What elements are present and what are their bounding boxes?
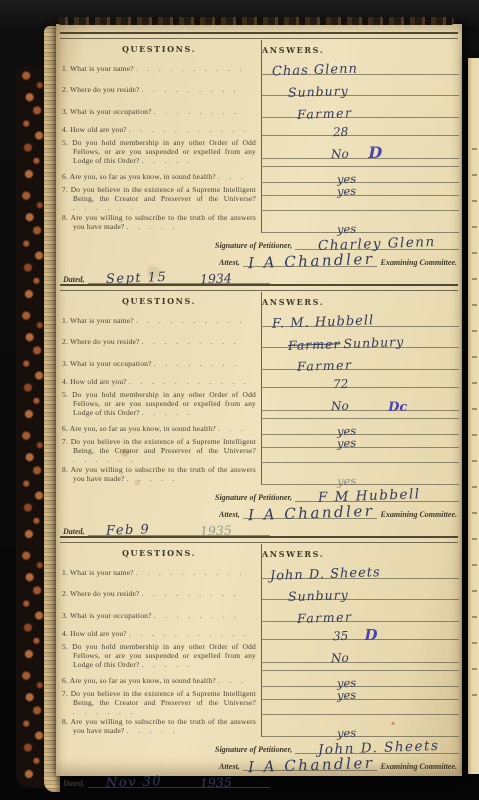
question-number: 6. <box>62 172 68 181</box>
attest-row: Attest, I A Chandler Examining Committee… <box>59 754 459 771</box>
question-number: 7. <box>62 437 68 446</box>
answer-line-reside: FarmerSunbury <box>261 327 459 348</box>
question-number: 4. <box>62 125 68 134</box>
dated-year: 1935 <box>200 524 232 538</box>
dotted-leader: . . . . . . . . <box>154 107 237 116</box>
dotted-leader: . . . . . . . . <box>154 359 237 368</box>
dotted-leader: . . . . . . . . . . . <box>129 377 247 386</box>
petition-form-1: QUESTIONS. ANSWERS. 1. What is your name… <box>59 32 459 284</box>
form-header-row: QUESTIONS. ANSWERS. <box>59 40 459 55</box>
question-row-supreme-being: 7. Do you believe in the existence of a … <box>59 183 459 211</box>
answer-line-membership: No <box>261 640 459 671</box>
signature-line: Charley Glenn <box>295 239 459 250</box>
question-row-occupation: 3. What is your occupation? . . . . . . … <box>59 96 459 118</box>
dotted-leader: . . . . . . . . . . <box>136 568 242 577</box>
question-text: Do you believe in the existence of a Sup… <box>71 437 256 455</box>
facing-page-text-fragments <box>472 148 477 714</box>
question-row-truth: 8. Are you willing to subscribe to the t… <box>59 463 459 485</box>
signature-label: Signature of Petitioner, <box>215 494 292 502</box>
question-number: 7. <box>62 185 68 194</box>
question-number: 8. <box>62 213 68 222</box>
dated-day: Sept 15 <box>106 271 168 286</box>
question-number: 8. <box>62 717 68 726</box>
question-row-age: 4. How old are you? . . . . . . . . . . … <box>59 118 459 136</box>
handwritten-answer-membership: No <box>331 651 349 664</box>
form-header-row: QUESTIONS. ANSWERS. <box>59 544 459 559</box>
answer-line-membership: NoDc <box>261 388 459 419</box>
question-text: Do you believe in the existence of a Sup… <box>71 185 256 203</box>
question-row-reside: 2. Where do you reside? . . . . . . . . … <box>59 579 459 600</box>
question-number: 1. <box>62 568 68 577</box>
question-row-membership: 5. Do you hold membership in any other O… <box>59 388 459 419</box>
dotted-leader: . . . . . . . . <box>154 611 237 620</box>
dotted-leader: . . . . . . . . . . <box>136 316 242 325</box>
attest-row: Attest, I A Chandler Examining Committee… <box>59 250 459 267</box>
answer-line-membership: NoD <box>261 136 459 167</box>
question-text: Where do you reside? <box>70 85 140 94</box>
answer-line-reside: Sunbury <box>261 75 459 96</box>
dated-line: Nov 301935 <box>88 777 270 788</box>
question-text: What is your occupation? <box>70 359 152 368</box>
question-text: How old are you? <box>70 377 127 386</box>
dated-year: 1934 <box>200 272 232 286</box>
question-row-health: 6. Are you, so far as you know, in sound… <box>59 671 459 687</box>
attest-label: Attest, <box>219 511 240 519</box>
question-number: 3. <box>62 611 68 620</box>
answer-line-name: John D. Sheets <box>261 559 459 579</box>
question-text: What is your occupation? <box>70 611 152 620</box>
question-row-age: 4. How old are you? . . . . . . . . . . … <box>59 370 459 388</box>
question-row-supreme-being: 7. Do you believe in the existence of a … <box>59 687 459 715</box>
signature-row: Signature of Petitioner, Charley Glenn <box>59 233 459 250</box>
question-row-reside: 2. Where do you reside? . . . . . . . . … <box>59 327 459 348</box>
question-number: 8. <box>62 465 68 474</box>
photo-background: QUESTIONS. ANSWERS. 1. What is your name… <box>0 0 479 800</box>
question-number: 5. <box>62 390 68 399</box>
question-text: Are you, so far as you know, in sound he… <box>70 676 216 685</box>
form-header-row: QUESTIONS. ANSWERS. <box>59 292 459 307</box>
questions-header: QUESTIONS. <box>59 292 261 307</box>
question-row-name: 1. What is your name? . . . . . . . . . … <box>59 307 459 327</box>
question-row-health: 6. Are you, so far as you know, in sound… <box>59 167 459 183</box>
form-top-rule <box>60 32 458 39</box>
question-row-age: 4. How old are you? . . . . . . . . . . … <box>59 622 459 640</box>
examining-committee-label: Examining Committee. <box>381 763 457 771</box>
dotted-leader: . . . . . . . . . . . <box>129 125 247 134</box>
attest-label: Attest, <box>219 763 240 771</box>
handwritten-answer-membership: No <box>331 399 349 412</box>
answers-header: ANSWERS. <box>261 292 459 307</box>
question-number: 4. <box>62 629 68 638</box>
answer-line-health: yes <box>261 419 459 435</box>
answer-line-age: 72 <box>261 370 459 388</box>
answers-header: ANSWERS. <box>261 40 459 55</box>
handwritten-answer-supreme-being: yes <box>337 689 357 701</box>
question-text: What is your occupation? <box>70 107 152 116</box>
handwritten-answer-supreme-being: yes <box>337 437 357 449</box>
dated-day: Nov 30 <box>106 775 163 790</box>
dotted-leader: . . . . . <box>142 156 191 165</box>
question-text: Are you, so far as you know, in sound he… <box>70 424 216 433</box>
dated-label: Dated, <box>63 528 85 536</box>
ledger-page: QUESTIONS. ANSWERS. 1. What is your name… <box>56 24 462 776</box>
question-text: Where do you reside? <box>70 589 140 598</box>
question-row-truth: 8. Are you willing to subscribe to the t… <box>59 211 459 233</box>
question-row-membership: 5. Do you hold membership in any other O… <box>59 136 459 167</box>
question-number: 4. <box>62 377 68 386</box>
answer-line-age: 35D <box>261 622 459 640</box>
dated-label: Dated, <box>63 780 85 788</box>
question-number: 2. <box>62 85 68 94</box>
dotted-leader: . . . <box>218 676 244 685</box>
question-number: 7. <box>62 689 68 698</box>
blue-ink-membership-mark: D <box>368 145 382 161</box>
attest-line: I A Chandler <box>243 760 377 771</box>
signature-row: Signature of Petitioner, F M Hubbell <box>59 485 459 502</box>
examining-committee-label: Examining Committee. <box>381 511 457 519</box>
answer-line-name: F. M. Hubbell <box>261 307 459 327</box>
signature-row: Signature of Petitioner, John D. Sheets <box>59 737 459 754</box>
question-number: 5. <box>62 138 68 147</box>
attest-signature: I A Chandler <box>248 504 375 523</box>
dotted-leader: . . . . . <box>142 660 191 669</box>
question-text: Do you believe in the existence of a Sup… <box>71 689 256 707</box>
question-row-name: 1. What is your name? . . . . . . . . . … <box>59 55 459 75</box>
dotted-leader: . . . . . . . . . <box>142 85 237 94</box>
answer-line-occupation: Farmer <box>261 96 459 118</box>
answers-header: ANSWERS. <box>261 544 459 559</box>
question-number: 2. <box>62 589 68 598</box>
dated-year: 1935 <box>200 776 232 790</box>
handwritten-answer-membership: No <box>331 147 349 160</box>
handwritten-answer-supreme-being: yes <box>337 185 357 197</box>
handwritten-answer-truth: yes <box>337 223 357 235</box>
signature-line: John D. Sheets <box>295 743 459 754</box>
blue-ink-membership-mark: Dc <box>388 401 407 414</box>
question-number: 6. <box>62 424 68 433</box>
answer-line-health: yes <box>261 167 459 183</box>
dated-line: Feb 91935 <box>88 525 270 536</box>
question-text: Where do you reside? <box>70 337 140 346</box>
attest-signature: I A Chandler <box>248 756 375 775</box>
question-row-truth: 8. Are you willing to subscribe to the t… <box>59 715 459 737</box>
attest-label: Attest, <box>219 259 240 267</box>
answer-line-age: 28 <box>261 118 459 136</box>
attest-signature: I A Chandler <box>248 252 375 271</box>
facing-page-sliver <box>468 58 479 774</box>
answer-line-occupation: Farmer <box>261 600 459 622</box>
question-number: 3. <box>62 359 68 368</box>
signature-line: F M Hubbell <box>295 491 459 502</box>
signature-label: Signature of Petitioner, <box>215 746 292 754</box>
examining-committee-label: Examining Committee. <box>381 259 457 267</box>
answer-line-truth: yes <box>261 211 459 233</box>
question-row-name: 1. What is your name? . . . . . . . . . … <box>59 559 459 579</box>
question-number: 5. <box>62 642 68 651</box>
dated-line: Sept 151934 <box>88 273 270 284</box>
question-row-reside: 2. Where do you reside? . . . . . . . . … <box>59 75 459 96</box>
questions-header: QUESTIONS. <box>59 40 261 55</box>
answer-line-health: yes <box>261 671 459 687</box>
dotted-leader: . . . . . . . . . . <box>136 64 242 73</box>
dotted-leader: . . . . . <box>127 474 176 483</box>
dated-day: Feb 9 <box>106 523 151 538</box>
petition-form-2: QUESTIONS. ANSWERS. 1. What is your name… <box>59 284 459 536</box>
answer-line-truth: yes <box>261 715 459 737</box>
question-row-membership: 5. Do you hold membership in any other O… <box>59 640 459 671</box>
dotted-leader: . . . . . . . . . . . <box>129 629 247 638</box>
question-text: What is your name? <box>70 568 134 577</box>
question-row-health: 6. Are you, so far as you know, in sound… <box>59 419 459 435</box>
question-number: 1. <box>62 64 68 73</box>
question-text: How old are you? <box>70 125 127 134</box>
question-row-supreme-being: 7. Do you believe in the existence of a … <box>59 435 459 463</box>
answer-line-truth: yes <box>261 463 459 485</box>
attest-line: I A Chandler <box>243 256 377 267</box>
question-row-occupation: 3. What is your occupation? . . . . . . … <box>59 348 459 370</box>
dotted-leader: . . . <box>218 172 244 181</box>
petition-forms: QUESTIONS. ANSWERS. 1. What is your name… <box>59 32 459 788</box>
answer-line-occupation: Farmer <box>261 348 459 370</box>
question-number: 1. <box>62 316 68 325</box>
answer-line-supreme-being: yes <box>261 435 459 463</box>
dotted-leader: . . . . . <box>127 222 176 231</box>
dotted-leader: . . . . . . . . . <box>142 589 237 598</box>
dated-label: Dated, <box>63 276 85 284</box>
dotted-leader: . . . <box>218 424 244 433</box>
question-text: How old are you? <box>70 629 127 638</box>
petition-form-3: QUESTIONS. ANSWERS. 1. What is your name… <box>59 536 459 788</box>
answer-line-name: Chas Glenn <box>261 55 459 75</box>
attest-line: I A Chandler <box>243 508 377 519</box>
signature-label: Signature of Petitioner, <box>215 242 292 250</box>
question-text: What is your name? <box>70 64 134 73</box>
dotted-leader: . . . . . <box>142 408 191 417</box>
handwritten-answer-truth: yes <box>337 475 357 487</box>
answer-line-supreme-being: yes <box>261 687 459 715</box>
question-number: 6. <box>62 676 68 685</box>
question-number: 2. <box>62 337 68 346</box>
handwritten-answer-truth: yes <box>337 727 357 739</box>
answer-line-reside: Sunbury <box>261 579 459 600</box>
question-text: Are you, so far as you know, in sound he… <box>70 172 216 181</box>
attest-row: Attest, I A Chandler Examining Committee… <box>59 502 459 519</box>
question-row-occupation: 3. What is your occupation? . . . . . . … <box>59 600 459 622</box>
questions-header: QUESTIONS. <box>59 544 261 559</box>
dotted-leader: . . . . . . . . . <box>142 337 237 346</box>
question-number: 3. <box>62 107 68 116</box>
dotted-leader: . . . . . <box>127 726 176 735</box>
answer-line-supreme-being: yes <box>261 183 459 211</box>
question-text: What is your name? <box>70 316 134 325</box>
